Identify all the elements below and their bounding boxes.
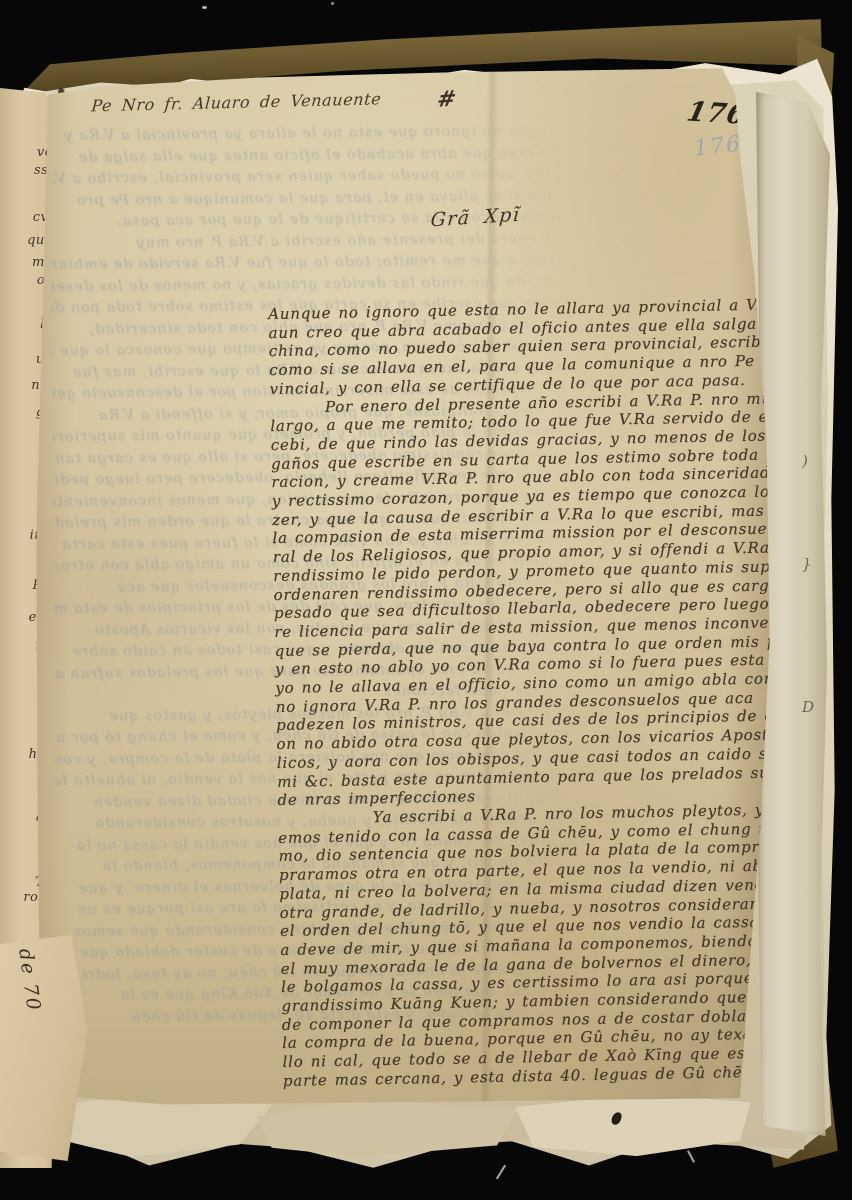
edge-mark: } [802, 555, 812, 573]
header-annotation: Pe Nro fr. Aluaro de Venauente [91, 89, 382, 115]
edge-mark: ) [802, 452, 808, 470]
corner-note: de 70 [14, 947, 58, 1109]
edge-mark: D [802, 698, 814, 716]
dust-speck [202, 6, 207, 9]
paper-fiber [687, 1150, 695, 1162]
hash-mark: # [435, 86, 458, 113]
manuscript-page: Aunque no ignoro que esta no le allara y… [32, 63, 773, 1108]
folio-number-pencil: 176 [693, 132, 744, 162]
dust-speck [331, 2, 334, 5]
paper-fiber [496, 1165, 506, 1180]
photograph-of-manuscript: { "page": { "header_annotation": "Pe Nro… [0, 0, 852, 1200]
